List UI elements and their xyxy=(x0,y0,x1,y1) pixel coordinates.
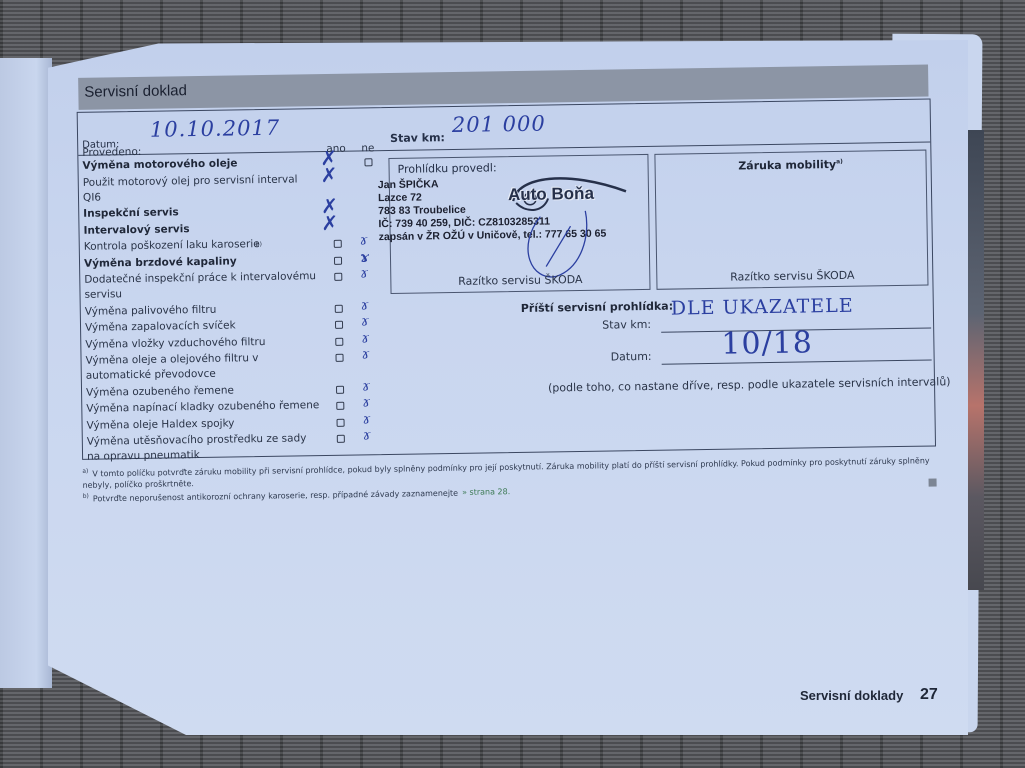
checklist-item-label: Výměna zapalovacích svíček xyxy=(85,317,320,336)
page-title: Servisní doklad xyxy=(84,82,187,101)
checklist-item: Výměna utěsňovacího prostředku ze sady n… xyxy=(87,430,387,465)
mobility-title: Záruka mobilitya) xyxy=(655,157,925,174)
service-checklist: Výměna motorového oleje✗Použit motorový … xyxy=(82,154,387,466)
provedeno-label: Provedeno: xyxy=(82,146,141,159)
no-checkbox-marked[interactable]: ɤ xyxy=(362,379,370,394)
checklist-item-label: Výměna brzdové kapaliny xyxy=(84,253,319,272)
no-checkbox-marked[interactable]: ɤ xyxy=(361,314,369,329)
no-checkbox-marked[interactable]: ɤ xyxy=(361,331,369,346)
no-checkbox-marked[interactable]: ɤ xyxy=(360,233,368,248)
checklist-item-label: Výměna oleje a olejového filtru v automa… xyxy=(85,350,320,384)
inspection-stamp-box: Prohlídku provedl: Auto Boňa Jan ŠPIČKAL… xyxy=(388,154,650,294)
checklist-item-label: Výměna motorového oleje xyxy=(82,155,317,174)
yes-checkbox[interactable] xyxy=(335,304,343,312)
yes-checkbox[interactable] xyxy=(337,418,345,426)
inspection-heading: Prohlídku provedl: xyxy=(397,161,496,176)
checklist-item-label: Výměna palivového filtru xyxy=(85,301,320,320)
next-service-note: (podle toho, co nastane dříve, resp. pod… xyxy=(548,375,951,394)
yes-checkbox[interactable] xyxy=(336,402,344,410)
yes-checkbox[interactable] xyxy=(334,273,342,281)
col-no-label: ne xyxy=(361,142,374,154)
yes-checkbox[interactable] xyxy=(335,321,343,329)
next-service-section: Příští servisní prohlídka: Stav km: DLE … xyxy=(521,296,931,302)
no-checkbox-marked[interactable]: ɤ xyxy=(360,250,369,265)
no-checkbox-marked[interactable]: ɤ xyxy=(362,395,370,410)
no-checkbox-marked[interactable]: ɤ xyxy=(361,347,369,362)
checklist-item-label: Výměna napínací kladky ozubeného řemene xyxy=(86,398,321,417)
yes-checkbox[interactable] xyxy=(335,354,343,362)
yes-checkbox[interactable] xyxy=(337,435,345,443)
next-service-title: Příští servisní prohlídka: xyxy=(521,300,673,315)
left-page-edge xyxy=(0,58,52,688)
km-value[interactable]: 201 000 xyxy=(452,112,546,137)
page-reference-link[interactable]: » strana 28. xyxy=(462,487,510,497)
yes-checkbox[interactable] xyxy=(336,385,344,393)
yes-checkbox[interactable] xyxy=(334,256,342,264)
next-date-label: Datum: xyxy=(521,350,651,365)
end-marker-icon xyxy=(929,478,937,486)
checklist-item-label: Dodatečné inspekční práce k intervalovém… xyxy=(84,269,319,303)
page-number: 27 xyxy=(920,686,938,704)
checklist-item: Použit motorový olej pro servisní interv… xyxy=(83,171,383,206)
checklist-item-label: Intervalový servis xyxy=(83,220,318,239)
date-value[interactable]: 10.10.2017 xyxy=(150,116,281,142)
no-checkbox-marked[interactable]: ɤ xyxy=(363,428,371,443)
yes-checkbox-crossed[interactable]: ✗ xyxy=(321,215,338,230)
checklist-item-label: Výměna oleje Haldex spojky xyxy=(86,415,321,434)
checklist-item: Výměna oleje a olejového filtru v automa… xyxy=(85,349,385,384)
checklist-item-label: Výměna utěsňovacího prostředku ze sady n… xyxy=(87,431,322,465)
checklist-item-label: Výměna vložky vzduchového filtru xyxy=(85,334,320,353)
service-form: Datum: 10.10.2017 Stav km: 201 000 Prove… xyxy=(77,98,936,459)
yes-checkbox-crossed[interactable]: ✗ xyxy=(321,167,338,182)
no-checkbox-marked[interactable]: ɤ xyxy=(360,266,368,281)
stamp-caption-1: Razítko servisu ŠKODA xyxy=(391,272,649,289)
checklist-item-label: Použit motorový olej pro servisní interv… xyxy=(83,172,318,206)
no-checkbox-marked[interactable]: ɤ xyxy=(362,412,370,427)
yes-checkbox[interactable] xyxy=(335,337,343,345)
no-checkbox-marked[interactable]: ɤ xyxy=(361,298,369,313)
no-checkbox[interactable] xyxy=(364,158,372,166)
checklist-item: Dodatečné inspekční práce k intervalovém… xyxy=(84,268,384,303)
next-date-value[interactable]: 10/18 xyxy=(721,325,813,361)
km-label: Stav km: xyxy=(390,131,445,145)
next-km-value[interactable]: DLE UKAZATELE xyxy=(671,295,854,320)
stamp-caption-2: Razítko servisu ŠKODA xyxy=(657,268,927,285)
checklist-item-label: Výměna ozubeného řemene xyxy=(86,382,321,401)
next-km-label: Stav km: xyxy=(521,318,651,333)
mobility-guarantee-box: Záruka mobilitya) Razítko servisu ŠKODA xyxy=(654,150,928,290)
yes-checkbox[interactable] xyxy=(334,240,342,248)
footer-section-title: Servisní doklady xyxy=(800,688,903,703)
checklist-item-label: Kontrola poškození laku karoserie xyxy=(84,236,319,255)
checklist-item-label: Inspekční servis xyxy=(83,203,318,222)
